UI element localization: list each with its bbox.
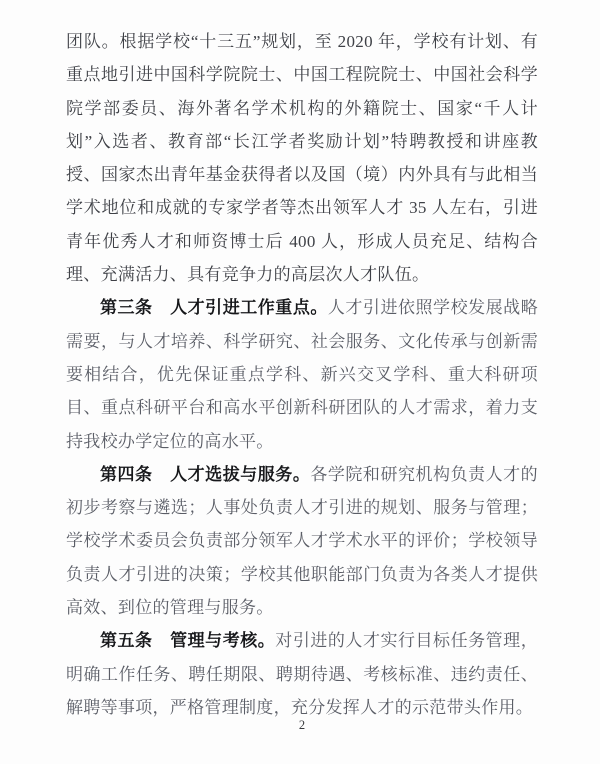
- paragraph-article-3: 第三条 人才引进工作重点。人才引进依照学校发展战略需要，与人才培养、科学研究、社…: [66, 291, 538, 457]
- article-heading: 第四条 人才选拔与服务。: [100, 465, 310, 484]
- paragraph-text: 团队。根据学校“十三五”规划，至 2020 年，学校有计划、有重点地引进中国科学…: [66, 32, 538, 284]
- paragraph-continuation: 团队。根据学校“十三五”规划，至 2020 年，学校有计划、有重点地引进中国科学…: [66, 25, 538, 291]
- paragraph-article-5: 第五条 管理与考核。对引进的人才实行目标任务管理，明确工作任务、聘任期限、聘期待…: [66, 624, 538, 724]
- article-heading: 第三条 人才引进工作重点。: [100, 298, 328, 317]
- article-heading: 第五条 管理与考核。: [100, 631, 275, 650]
- document-page: 团队。根据学校“十三五”规划，至 2020 年，学校有计划、有重点地引进中国科学…: [0, 0, 600, 764]
- page-footer: 2: [66, 716, 538, 734]
- paragraph-text: 人才引进依照学校发展战略需要，与人才培养、科学研究、社会服务、文化传承与创新需要…: [66, 298, 538, 450]
- page-number: 2: [299, 718, 305, 732]
- paragraph-article-4: 第四条 人才选拔与服务。各学院和研究机构负责人才的初步考察与遴选；人事处负责人才…: [66, 458, 538, 624]
- paragraph-text: 各学院和研究机构负责人才的初步考察与遴选；人事处负责人才引进的规划、服务与管理；…: [66, 465, 538, 617]
- page-content: 团队。根据学校“十三五”规划，至 2020 年，学校有计划、有重点地引进中国科学…: [66, 25, 538, 724]
